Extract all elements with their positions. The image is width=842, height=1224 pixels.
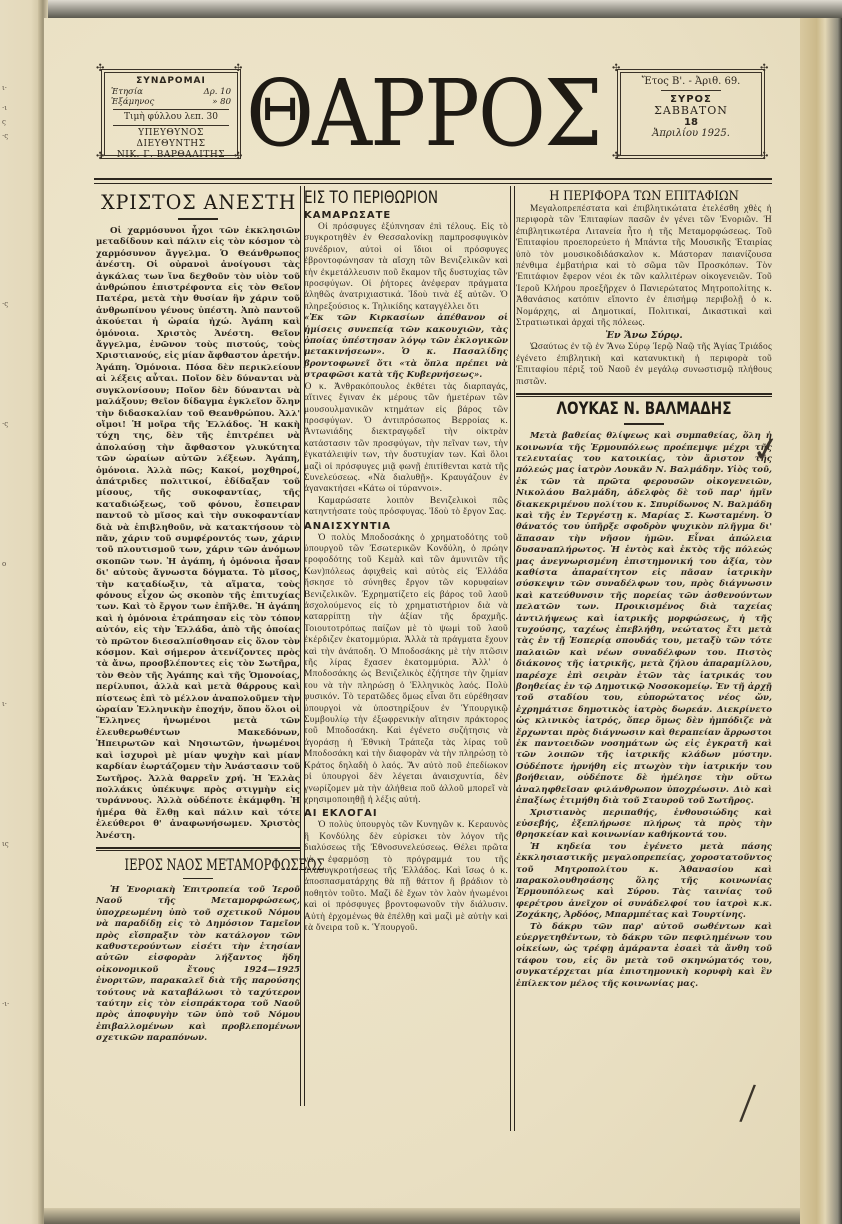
article-body: Μεγαλοπρεπέστατα καὶ ἐπιβλητικώτατα ἐτελ… xyxy=(516,204,772,329)
left-page-fragment: ι· xyxy=(2,84,7,93)
subscription-label: Ἑξάμηνος xyxy=(111,97,154,107)
column-divider xyxy=(510,186,515,1131)
article-divider xyxy=(96,847,300,851)
page-edge xyxy=(800,18,842,1224)
article-body: Οἱ πρόσφυγες ἐξύπνησαν ἐπὶ τέλους. Εἰς τ… xyxy=(304,222,508,313)
issue-day: ΣΑΒΒΑΤΟΝ xyxy=(621,105,761,117)
subscription-value: » 80 xyxy=(212,97,231,107)
subscription-row: Ἐτησία Δρ. 10 xyxy=(105,87,237,97)
single-copy-price: Τιμὴ φύλλου λεπ. 30 xyxy=(105,112,237,123)
article-body: Ὁ πολὺς Μποδοσάκης ὁ χρηματοδότης τοῦ ὑπ… xyxy=(304,533,508,807)
left-page-fragment: ·ς xyxy=(2,300,8,309)
left-page-fragment: ι· xyxy=(2,700,7,709)
obituary-body: Τὸ δάκρυ τῶν παρ' αὐτοῦ σωθέντων καὶ εὐε… xyxy=(516,922,772,990)
obituary-body: Μετὰ βαθείας θλίψεως καὶ συμπαθείας, ὅλη… xyxy=(516,431,772,807)
handwritten-checkmark-icon: ✓ xyxy=(749,428,783,472)
divider xyxy=(661,90,721,91)
article-body: Οἱ χαρμόσυνοι ἦχοι τῶν ἐκκλησιῶν μεταδίδ… xyxy=(96,226,300,842)
divider xyxy=(624,423,664,425)
subscriptions-box: ΣΥΝΔΡΟΜΑΙ Ἐτησία Δρ. 10 Ἑξάμηνος » 80 Τι… xyxy=(104,72,238,156)
subscriptions-heading: ΣΥΝΔΡΟΜΑΙ xyxy=(105,76,237,87)
subheading-anaisxyntia: ΑΝΑΙΣΧΥΝΤΙΑ xyxy=(304,521,508,532)
divider xyxy=(113,109,229,110)
article-divider xyxy=(516,393,772,397)
issue-date-number: 18 xyxy=(621,117,761,128)
issue-date-month: Ἀπριλίου 1925. xyxy=(621,128,761,140)
left-page-fragment: ·ς xyxy=(2,420,8,429)
scanner-top-edge xyxy=(40,0,842,18)
left-page-fragment: ·ι· xyxy=(2,1000,9,1009)
left-page-fragment: ις xyxy=(2,840,9,849)
article-body: Ὡσαύτως ἐν τῷ ἐν Ἄνω Σύρῳ Ἱερῷ Ναῷ τῆς Ἁ… xyxy=(516,342,772,388)
subheading-ai-ekloges: ΑΙ ΕΚΛΟΓΑΙ xyxy=(304,808,508,819)
column-3: Η ΠΕΡΙΦΟΡΑ ΤΩΝ ΕΠΙΤΑΦΙΩΝ Μεγαλοπρεπέστατ… xyxy=(516,186,772,990)
divider xyxy=(183,878,213,879)
left-page-fragment: ς xyxy=(2,118,6,127)
left-page-fragment: ·ς xyxy=(2,132,8,141)
column-1: ΧΡΙΣΤΟΣ ΑΝΕΣΤΗ Οἱ χαρμόσυνοι ἦχοι τῶν ἐκ… xyxy=(96,186,300,1045)
column-2: ΕΙΣ ΤΟ ΠΕΡΙΘΩΡΙΟΝ ΚΑΜΑΡΩΣΑΤΕ Οἱ πρόσφυγε… xyxy=(304,186,508,934)
director-label: ΥΠΕΥΘΥΝΟΣ ΔΙΕΥΘΥΝΤΗΣ xyxy=(105,128,237,150)
subscription-label: Ἐτησία xyxy=(111,87,143,97)
masthead: ✣ ✣ ✣ ✣ ΣΥΝΔΡΟΜΑΙ Ἐτησία Δρ. 10 Ἑξάμηνος… xyxy=(100,68,770,163)
issue-box: Ἔτος Β'. - Ἀριθ. 69. ΣΥΡΟΣ ΣΑΒΒΑΤΟΝ 18 Ἀ… xyxy=(620,72,762,156)
headline-ieros-naos: ΙΕΡΟΣ ΝΑΟΣ ΜΕΤΑΜΟΡΦΩΣΕΩΣ xyxy=(125,855,272,874)
subscription-value: Δρ. 10 xyxy=(204,87,231,97)
scanner-bottom-edge xyxy=(44,1208,800,1224)
article-body: Ἡ Ἐνοριακὴ Ἐπιτροπεία τοῦ Ἱεροῦ Ναοῦ τῆς… xyxy=(96,885,300,1045)
headline-loukas-valmadis: ΛΟΥΚΑΣ Ν. ΒΑΛΜΑΔΗΣ xyxy=(542,399,747,419)
obituary-body: Χριστιανὸς περιπαθής, ἐνθουσιώδης καὶ εὐ… xyxy=(516,808,772,842)
headline-eis-to-perithorion: ΕΙΣ ΤΟ ΠΕΡΙΘΩΡΙΟΝ xyxy=(304,188,467,208)
masthead-rule xyxy=(94,178,772,184)
divider xyxy=(113,125,229,126)
headline-xristos-anesti: ΧΡΙΣΤΟΣ ΑΝΕΣΤΗ xyxy=(101,190,295,214)
article-body: Ὁ πολὺς ὑπουργὸς τῶν Κυνηγῶν κ. Κεραυνὸς… xyxy=(304,820,508,934)
article-body: Ὁ κ. Ἀνθρακόπουλος ἐκθέτει τὰς διαρπαγάς… xyxy=(304,382,508,496)
newspaper-title: ΘΑΡΡΟΣ xyxy=(246,64,602,164)
left-page-fragment: ο xyxy=(2,560,6,569)
director-name: ΝΙΚ. Γ. ΒΑΡΘΑΛΙΤΗΣ xyxy=(105,150,237,161)
subscription-row: Ἑξάμηνος » 80 xyxy=(105,97,237,107)
article-body: Καμαρώσατε λοιπὸν Βενιζελικοὶ πῶς κατηντ… xyxy=(304,496,508,519)
headline-perifora-epitafion: Η ΠΕΡΙΦΟΡΑ ΤΩΝ ΕΠΙΤΑΦΙΩΝ xyxy=(529,189,759,204)
subheading-kamarosate: ΚΑΜΑΡΩΣΑΤΕ xyxy=(304,210,508,221)
issue-number: Ἔτος Β'. - Ἀριθ. 69. xyxy=(621,76,761,87)
left-page-fragment: ·ι xyxy=(2,104,7,113)
article-quote: «Ἐκ τῶν Κιρκασίων ἀπέθανον οἱ ἡμίσεις συ… xyxy=(304,313,508,381)
subheading-ano-syros: Ἐν Ἄνω Σύρῳ. xyxy=(516,330,772,341)
divider xyxy=(178,218,218,220)
obituary-body: Ἡ κηδεία του ἐγένετο μετὰ πάσης ἐκκλησια… xyxy=(516,842,772,922)
